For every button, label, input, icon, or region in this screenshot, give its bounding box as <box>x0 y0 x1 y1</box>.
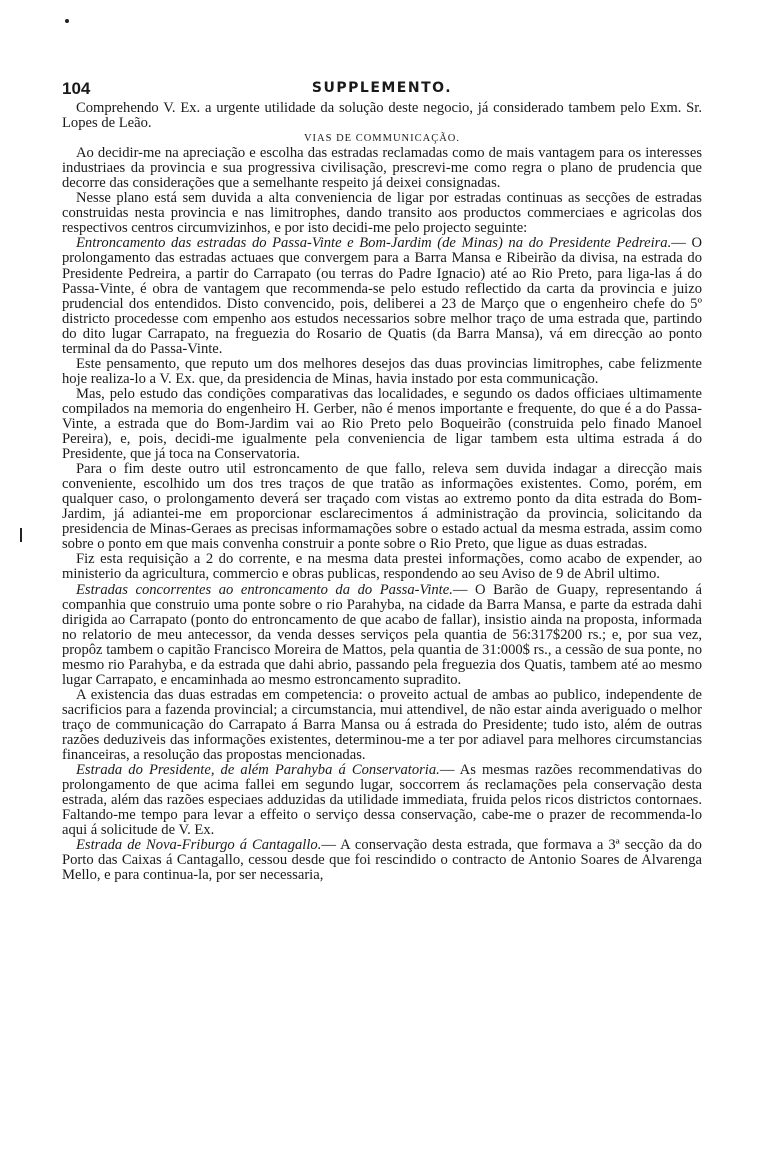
paragraph-text: Comprehendo V. Ex. a urgente utilidade d… <box>62 100 702 131</box>
paragraph-text: Fiz esta requisição a 2 do corrente, e n… <box>62 551 702 582</box>
paragraph: Estrada do Presidente, de além Parahyba … <box>62 763 702 838</box>
paragraph-lead: Estrada de Nova-Friburgo á Cantagallo. <box>76 837 321 853</box>
paragraph: Estradas concorrentes ao entroncamento d… <box>62 583 702 688</box>
paragraph-text: Este pensamento, que reputo um dos melho… <box>62 356 702 387</box>
paragraph: A existencia das duas estradas em compet… <box>62 688 702 763</box>
paragraph: Ao decidir-me na apreciação e escolha da… <box>62 146 702 191</box>
paragraph-lead: Entroncamento das estradas do Passa-Vint… <box>76 235 671 251</box>
paragraph: Mas, pelo estudo das condições comparati… <box>62 387 702 462</box>
paragraph-text: Mas, pelo estudo das condições comparati… <box>62 386 702 462</box>
print-speck <box>65 19 69 23</box>
paragraph: Comprehendo V. Ex. a urgente utilidade d… <box>62 101 702 131</box>
paragraph-text: A existencia das duas estradas em compet… <box>62 687 702 763</box>
paragraph-lead: Estrada do Presidente, de além Parahyba … <box>76 762 440 778</box>
paragraph: Nesse plano está sem duvida a alta conve… <box>62 191 702 236</box>
paragraph-text: Nesse plano está sem duvida a alta conve… <box>62 190 702 236</box>
running-title: SUPPLEMENTO. <box>62 80 702 96</box>
margin-mark <box>20 528 22 542</box>
paragraph-text: Ao decidir-me na apreciação e escolha da… <box>62 145 702 191</box>
paragraph-text: — O prolongamento das estradas actuaes q… <box>62 235 702 356</box>
paragraph: Para o fim deste outro util estroncament… <box>62 462 702 552</box>
paragraph: Estrada de Nova-Friburgo á Cantagallo.— … <box>62 838 702 883</box>
paragraph-text: Para o fim deste outro util estroncament… <box>62 461 702 552</box>
paragraph-text: — O Barão de Guapy, representando á comp… <box>62 582 702 688</box>
section-heading: VIAS DE COMMUNICAÇÃO. <box>62 131 702 146</box>
paragraph: Este pensamento, que reputo um dos melho… <box>62 357 702 387</box>
paragraph: Entroncamento das estradas do Passa-Vint… <box>62 236 702 356</box>
paragraph: Fiz esta requisição a 2 do corrente, e n… <box>62 552 702 582</box>
page-header: 104 SUPPLEMENTO. <box>62 79 702 101</box>
page-body: Comprehendo V. Ex. a urgente utilidade d… <box>62 101 702 883</box>
paragraph-lead: Estradas concorrentes ao entroncamento d… <box>76 582 453 598</box>
